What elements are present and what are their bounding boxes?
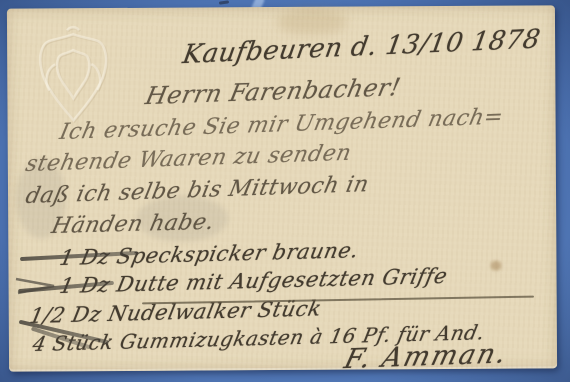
embossed-seal [27, 24, 120, 133]
paper-stain [277, 9, 347, 35]
mat-debris-speck [219, 0, 229, 4]
ink-stain-spot [490, 261, 501, 271]
scanned-postcard-page: { "colors": { "mat_blue": "#4a6fae", "pa… [0, 0, 570, 382]
signature: F. Amman. [341, 338, 511, 375]
body-line: Händen habe. [49, 210, 217, 239]
